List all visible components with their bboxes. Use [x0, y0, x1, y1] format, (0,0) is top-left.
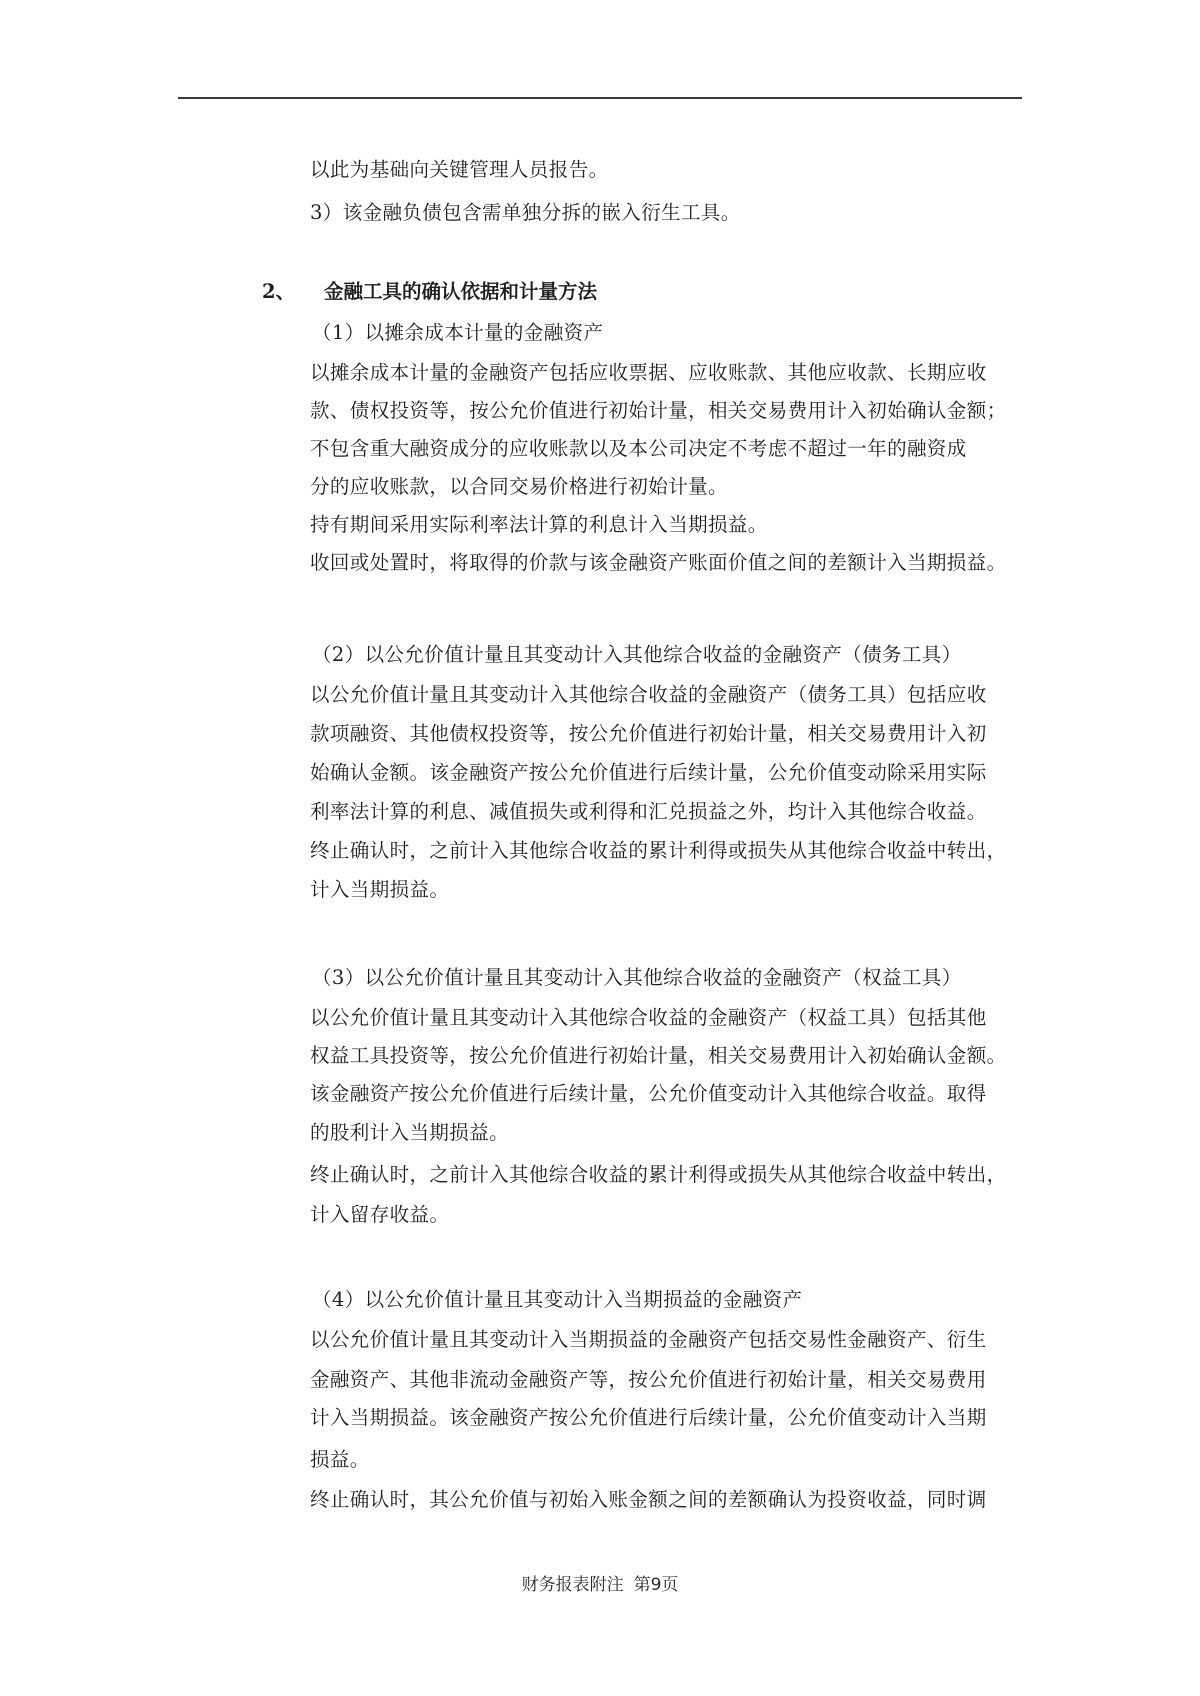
paragraph-line: 收回或处置时，将取得的价款与该金融资产账面价值之间的差额计入当期损益。 — [310, 543, 1007, 583]
paragraph-line: 计入当期损益。 — [310, 870, 449, 910]
paragraph-line: 计入留存收益。 — [310, 1195, 449, 1235]
paragraph-line: 以摊余成本计量的金融资产包括应收票据、应收账款、其他应收款、长期应收 — [310, 353, 987, 393]
paragraph-line: 不包含重大融资成分的应收账款以及本公司决定不考虑不超过一年的融资成 — [310, 429, 967, 469]
paragraph-line: 分的应收账款，以合同交易价格进行初始计量。 — [310, 467, 728, 507]
paragraph-line: 持有期间采用实际利率法计算的利息计入当期损益。 — [310, 505, 768, 545]
paragraph-line: 始确认金额。该金融资产按公允价值进行后续计量，公允价值变动除采用实际 — [310, 753, 987, 793]
paragraph-line: 金融资产、其他非流动金融资产等，按公允价值进行初始计量，相关交易费用 — [310, 1360, 987, 1400]
page-footer: 财务报表附注第9页 — [0, 1570, 1200, 1600]
paragraph-line: 款、债权投资等，按公允价值进行初始计量，相关交易费用计入初始确认金额； — [310, 391, 1007, 431]
paragraph-line: 权益工具投资等，按公允价值进行初始计量，相关交易费用计入初始确认金额。 — [310, 1036, 1007, 1076]
subsection-heading: （2）以公允价值计量且其变动计入其他综合收益的金融资产（债务工具） — [312, 635, 962, 675]
section-title: 金融工具的确认依据和计量方法 — [324, 280, 597, 303]
footer-title: 财务报表附注 — [522, 1570, 624, 1600]
paragraph-line: 终止确认时，其公允价值与初始入账金额之间的差额确认为投资收益，同时调 — [310, 1480, 987, 1520]
paragraph-line: 终止确认时，之前计入其他综合收益的累计利得或损失从其他综合收益中转出， — [310, 831, 1007, 871]
paragraph-line: 以公允价值计量且其变动计入其他综合收益的金融资产（债务工具）包括应收 — [310, 675, 987, 715]
paragraph-line: 利率法计算的利息、减值损失或利得和汇兑损益之外，均计入其他综合收益。 — [310, 792, 987, 832]
subsection-heading: （1）以摊余成本计量的金融资产 — [312, 313, 603, 353]
subsection-heading: （3）以公允价值计量且其变动计入其他综合收益的金融资产（权益工具） — [312, 958, 962, 998]
section-heading: 2、金融工具的确认依据和计量方法 — [262, 272, 597, 312]
paragraph-line: 的股利计入当期损益。 — [310, 1113, 509, 1153]
paragraph-line: 终止确认时，之前计入其他综合收益的累计利得或损失从其他综合收益中转出， — [310, 1155, 1007, 1195]
paragraph-line: 以公允价值计量且其变动计入其他综合收益的金融资产（权益工具）包括其他 — [310, 998, 987, 1038]
paragraph-line: 以公允价值计量且其变动计入当期损益的金融资产包括交易性金融资产、衍生 — [310, 1320, 987, 1360]
continuation-line: 以此为基础向关键管理人员报告。 — [310, 150, 609, 190]
paragraph-line: 该金融资产按公允价值进行后续计量，公允价值变动计入其他综合收益。取得 — [310, 1074, 987, 1114]
subsection-heading: （4）以公允价值计量且其变动计入当期损益的金融资产 — [312, 1280, 802, 1320]
section-number: 2、 — [262, 272, 324, 312]
header-rule — [178, 97, 1022, 99]
paragraph-line: 损益。 — [310, 1440, 370, 1480]
continuation-line: 3）该金融负债包含需单独分拆的嵌入衍生工具。 — [310, 193, 741, 233]
page-number: 第9页 — [634, 1570, 679, 1600]
paragraph-line: 款项融资、其他债权投资等，按公允价值进行初始计量，相关交易费用计入初 — [310, 714, 987, 754]
paragraph-line: 计入当期损益。该金融资产按公允价值进行后续计量，公允价值变动计入当期 — [310, 1398, 987, 1438]
